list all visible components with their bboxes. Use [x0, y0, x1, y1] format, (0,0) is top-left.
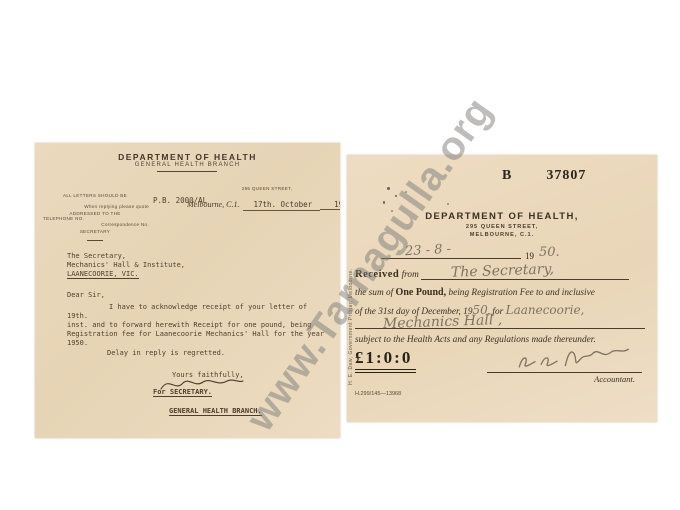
sum-amount-words: One Pound,	[396, 287, 447, 298]
body-line2: inst. and to forward herewith Receipt fo…	[67, 321, 329, 330]
hall-row: Mechanics Hall ,	[355, 315, 645, 329]
scanned-documents-page: DEPARTMENT OF HEALTH GENERAL HEALTH BRAN…	[0, 0, 680, 510]
correspondence-note: When replying please quote Correspondenc…	[79, 195, 149, 231]
notice-dash	[87, 240, 103, 241]
letter-date: 17th. October	[243, 200, 320, 211]
telephone-note: TELEPHONE NO.	[43, 216, 84, 222]
accountant-signature-area: Accountant.	[487, 351, 645, 381]
address-line2: Mechanics' Hall & Institute,	[67, 261, 185, 270]
body-line3: Registration fee for Laanecoorie Mechani…	[67, 330, 329, 339]
received-row: Received from The Secretary,	[355, 268, 645, 280]
ink-stain	[383, 201, 385, 204]
date-rule	[381, 258, 521, 259]
receipt-city: MELBOURNE, C.1.	[347, 232, 657, 238]
from-label: from	[402, 270, 419, 280]
letter-dateline: Melbourne, C.1. 17th. October1950	[187, 194, 340, 212]
regret-line: Delay in reply is regretted.	[107, 349, 225, 358]
body-line4: 1950.	[67, 339, 329, 348]
hall-handwritten: Mechanics Hall ,	[383, 312, 503, 332]
address-line1: The Secretary,	[67, 252, 185, 261]
date-printed-prefix: 19	[525, 251, 534, 261]
health-department-letter: DEPARTMENT OF HEALTH GENERAL HEALTH BRAN…	[35, 143, 340, 438]
amount-pounds: £1:0:0	[355, 348, 416, 373]
letter-street: 295 QUEEN STREET,	[227, 186, 307, 192]
accountant-label: Accountant.	[594, 374, 635, 384]
quote-line1: When replying please quote	[84, 204, 149, 209]
branch-signoff: GENERAL HEALTH BRANCH.	[169, 407, 262, 416]
receipt-title: DEPARTMENT OF HEALTH,	[347, 211, 657, 222]
serial-prefix: B	[502, 168, 512, 183]
letter-subtitle: GENERAL HEALTH BRANCH	[35, 162, 340, 168]
letterhead-rule	[157, 171, 217, 172]
date-handwritten: 23 - 8 -	[405, 242, 452, 259]
ink-stain	[447, 203, 449, 205]
ink-stain	[387, 187, 390, 190]
form-number: H.299/145—13968	[355, 391, 401, 397]
registration-receipt: B37807 DEPARTMENT OF HEALTH, 295 QUEEN S…	[347, 155, 657, 422]
date-year-handwritten: 50.	[539, 245, 560, 260]
ink-stain	[395, 195, 397, 197]
received-label: Received	[355, 269, 399, 280]
sum-row: the sum of One Pound, being Registration…	[355, 287, 645, 298]
letter-year: 1950	[320, 200, 340, 210]
body-line1: I have to acknowledge receipt of your le…	[67, 303, 329, 321]
payer-handwritten: The Secretary,	[451, 261, 554, 281]
receipt-dateline: 23 - 8 - 19 50.	[377, 243, 627, 261]
letter-body: I have to acknowledge receipt of your le…	[67, 303, 329, 348]
sum-prefix: the sum of	[355, 288, 396, 298]
salutation: Dear Sir,	[67, 291, 105, 300]
ink-stain	[405, 191, 407, 193]
receipt-serial: B37807	[502, 168, 586, 184]
receipt-street: 295 QUEEN STREET,	[347, 224, 657, 230]
address-line3: LAANECOORIE, VIC.	[67, 270, 185, 279]
letter-title: DEPARTMENT OF HEALTH	[35, 152, 340, 162]
serial-number: 37807	[546, 168, 586, 183]
quote-line2: Correspondence No.	[101, 222, 149, 227]
payer-rule: The Secretary,	[421, 268, 629, 280]
for-secretary-line: For SECRETARY.	[153, 388, 212, 397]
letter-city: Melbourne, C.1.	[187, 200, 239, 209]
recipient-address: The Secretary, Mechanics' Hall & Institu…	[67, 252, 185, 279]
sum-suffix: being Registration Fee to and inclusive	[446, 288, 595, 298]
printer-credit: H. E. Daw, Government Printer, Melbourne…	[348, 185, 354, 385]
